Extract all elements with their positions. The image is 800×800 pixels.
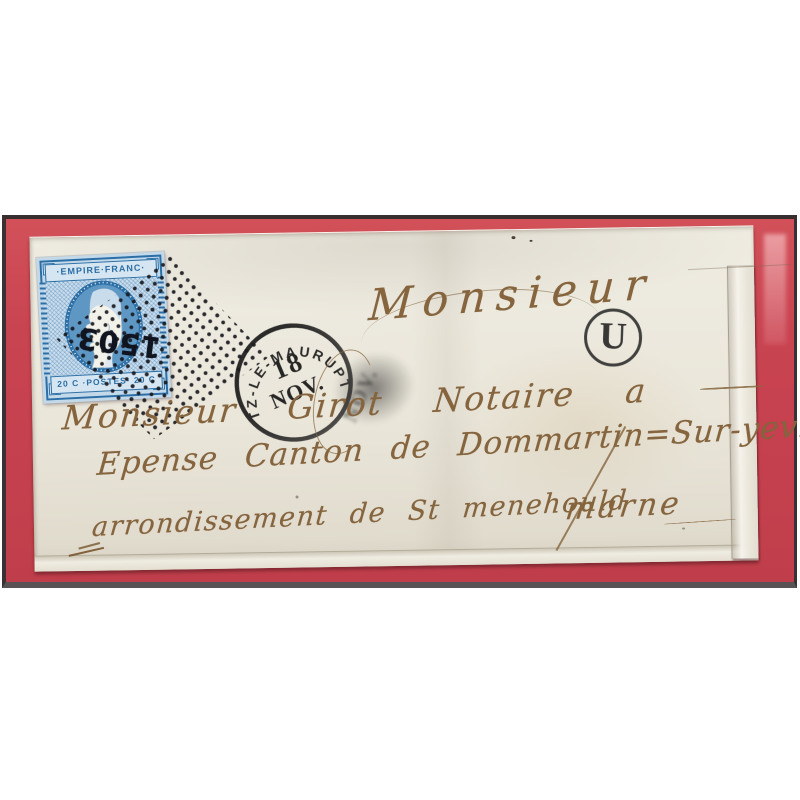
dust-speck [296,496,299,499]
address-line-4: arrondissement de St menehould [91,485,629,543]
photo-background: ·EMPIRE·FRANC· 20 C ·POSTES· 20 C 1503 [2,215,797,588]
dust-speck [511,236,515,239]
folded-letter-cover: ·EMPIRE·FRANC· 20 C ·POSTES· 20 C 1503 [29,225,758,571]
dust-speck [530,240,533,242]
bottom-fold [34,544,758,571]
u-letter: U [599,315,628,358]
dust-speck [682,527,685,529]
light-reflection [764,234,786,344]
photo-of-postal-cover: ·EMPIRE·FRANC· 20 C ·POSTES· 20 C 1503 [0,0,800,800]
